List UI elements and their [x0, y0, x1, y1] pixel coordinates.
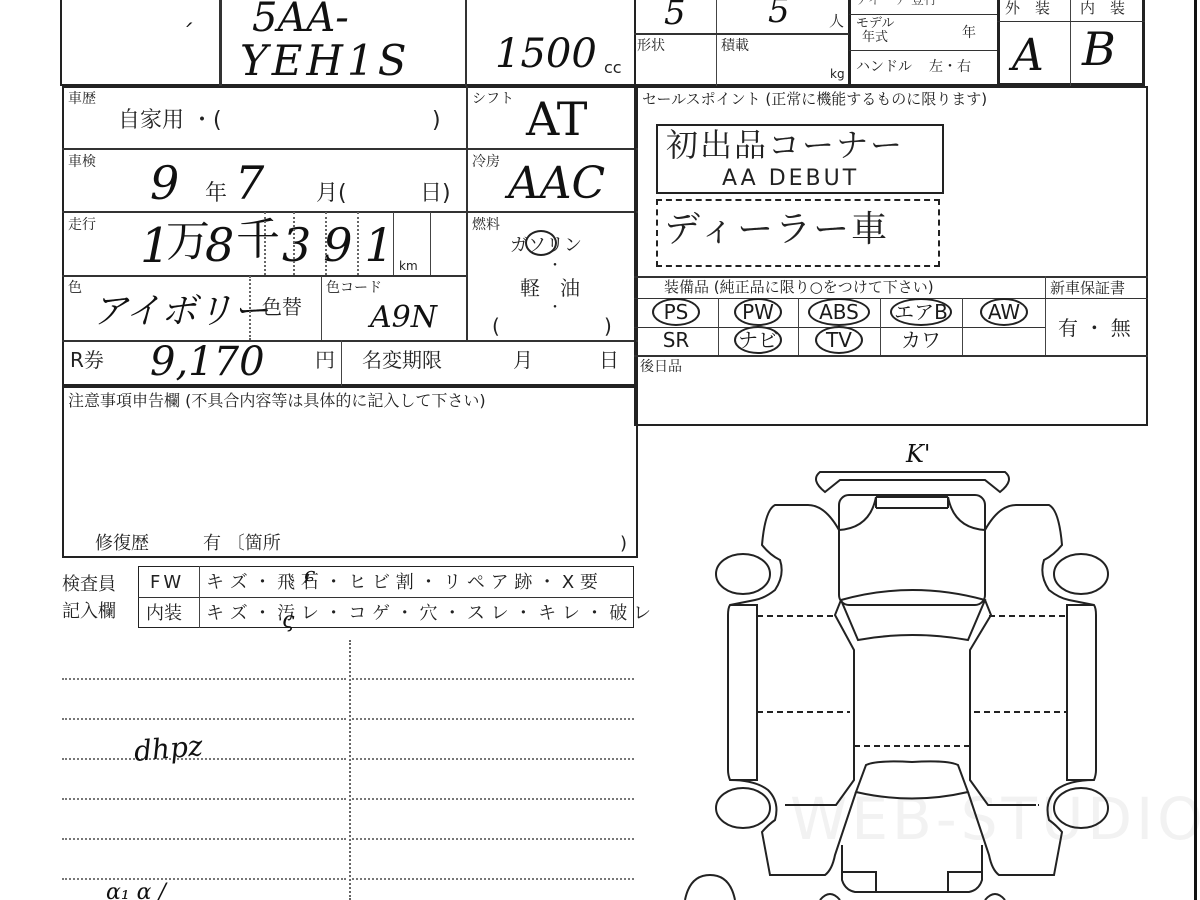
shaken-year-unit: 年 — [205, 183, 227, 205]
digit-divider — [430, 212, 431, 275]
divider — [466, 86, 468, 342]
model-code-line2: YEH1S — [240, 40, 411, 82]
ruled-line — [62, 878, 346, 880]
equipment-selected-circle — [815, 326, 863, 354]
equipment-selected-circle — [808, 298, 870, 326]
mileage-sen: 8 — [205, 222, 234, 268]
recycle-value: 9,170 — [150, 342, 265, 382]
repair-value: 有 〔箇所 — [203, 535, 281, 553]
fuel-other-open: ( — [492, 316, 500, 336]
sales-points-label: セールスポイント (正常に機能するものに限ります) — [642, 92, 987, 107]
dealer-stamp-text: ディーラー車 — [664, 212, 889, 248]
equipment-selected-circle — [734, 298, 782, 326]
shift-value: AT — [526, 96, 587, 142]
model-code-line1: 5AA- — [252, 0, 349, 38]
scribble-mark: ɕ — [304, 564, 315, 584]
name-change-month: 月 — [513, 350, 533, 370]
repair-label: 修復歴 — [95, 535, 149, 553]
exterior-grade: A — [1012, 34, 1044, 78]
divider — [62, 340, 638, 342]
shaken-day-unit: 日) — [420, 183, 451, 205]
digit-divider — [357, 212, 359, 275]
capacity-unit: 人 — [829, 14, 844, 29]
color-code-label: 色コード — [326, 281, 382, 295]
digit-divider — [293, 212, 295, 275]
debut-stamp-line1: 初出品コーナー — [666, 129, 904, 161]
column-divider — [349, 640, 351, 900]
divider — [341, 340, 342, 386]
mileage-label: 走行 — [68, 218, 96, 232]
divider — [219, 0, 222, 86]
debut-stamp-line2: AA DEBUT — [722, 168, 859, 190]
mileage-man-unit: 万 — [166, 220, 210, 264]
mileage-rest: 391 — [282, 222, 406, 268]
fuel-label: 燃料 — [472, 218, 500, 232]
fuel-option-diesel: 軽 油 — [520, 278, 580, 298]
ruled-line — [62, 838, 346, 840]
shaken-year: 9 — [150, 160, 179, 206]
divider — [716, 0, 717, 86]
aftermarket-label: 後日品 — [640, 360, 682, 374]
color-label: 色 — [68, 281, 82, 295]
divider — [321, 276, 322, 340]
interior-items: キ ズ ・ 汚 レ ・ コ ゲ ・ 穴 ・ ス レ ・ キ レ ・ 破 レ — [206, 605, 651, 623]
equipment-label: 装備品 (純正品に限り○をつけて下さい) — [664, 280, 934, 295]
warranty-label: 新車保証書 — [1050, 281, 1125, 296]
equipment-selected-circle — [890, 298, 952, 326]
scribble-mark: ς — [282, 610, 294, 632]
divider — [62, 211, 638, 213]
color-code-value: A9N — [370, 303, 437, 333]
handwritten-bottom: ɑ₁ ɑ / — [106, 882, 166, 900]
mileage-sen-unit: 千 — [236, 218, 280, 262]
ruled-line — [352, 718, 634, 720]
fuel-selected-circle — [525, 230, 557, 256]
divider — [962, 298, 963, 355]
model-year-label-2: 年式 — [862, 31, 888, 44]
shaken-month: 7 — [235, 160, 264, 206]
handle-label: ハンドル — [856, 60, 912, 74]
history-label: 車歴 — [68, 92, 96, 106]
model-year-unit: 年 — [962, 26, 976, 40]
lot-mark: ˊ — [180, 22, 192, 46]
handwritten-note: dhpz — [133, 732, 204, 766]
repair-close: ) — [620, 535, 627, 553]
inspector-label-2: 記入欄 — [62, 603, 116, 621]
ruled-line — [352, 758, 634, 760]
exterior-label: 外 装 — [1005, 1, 1050, 16]
name-change-day: 日 — [599, 350, 619, 370]
shaken-month-unit: 月( — [316, 183, 347, 205]
mileage-unit: km — [399, 260, 418, 272]
load-label: 積載 — [721, 39, 749, 53]
fuel-other-close: ) — [604, 316, 612, 336]
notes-label: 注意事項申告欄 (不具合内容等は具体的に記入して下さい) — [68, 393, 486, 409]
color-value: アイボリー — [92, 294, 269, 330]
fw-items: キ ズ ・ 飛 石 ・ ヒ ビ 割 ・ リ ペ ア 跡 ・ X 要 — [206, 574, 598, 592]
ruled-line — [62, 718, 346, 720]
doors-value: 5 — [664, 0, 686, 30]
ruled-line — [352, 838, 634, 840]
divider — [249, 276, 251, 340]
page-right-edge — [1194, 0, 1197, 900]
ruled-line — [62, 678, 346, 680]
shape-label: 形状 — [637, 39, 665, 53]
digit-divider — [325, 212, 327, 275]
fuel-dot: ・ — [548, 259, 562, 273]
divider — [62, 275, 466, 277]
divider — [199, 566, 200, 628]
interior-grade: B — [1082, 26, 1116, 72]
divider — [138, 597, 634, 598]
warranty-options: 有 ・ 無 — [1058, 318, 1131, 338]
ruled-line — [62, 798, 346, 800]
equipment-selected-circle — [980, 298, 1028, 326]
load-unit: kg — [830, 68, 845, 80]
car-body-diagram — [680, 430, 1180, 900]
equipment-item: カワ — [881, 330, 961, 350]
recycle-unit: 円 — [315, 350, 335, 370]
top-cut-label: アイ一ァ 登行 — [856, 0, 937, 7]
aircon-value: AAC — [508, 162, 605, 206]
repaint-label: 色替 — [262, 297, 302, 317]
divider — [62, 148, 638, 150]
history-value: 自家用 ・( — [118, 110, 222, 132]
equipment-item: SR — [636, 330, 716, 350]
divider — [997, 21, 1145, 22]
equipment-selected-circle — [734, 326, 782, 354]
ruled-line — [352, 678, 634, 680]
fw-key: FW — [150, 574, 184, 592]
ruled-line — [352, 798, 634, 800]
name-change-label: 名変期限 — [362, 350, 442, 370]
divider — [1045, 276, 1046, 356]
model-year-label-1: モデル — [856, 17, 894, 30]
history-close: ) — [432, 110, 441, 132]
fuel-dot: ・ — [548, 301, 562, 315]
inspector-label-1: 検査員 — [62, 576, 116, 594]
handle-options: 左・右 — [929, 60, 971, 74]
digit-divider — [264, 212, 266, 275]
displacement-value: 1500 — [495, 34, 597, 74]
divider — [634, 33, 850, 35]
divider — [849, 50, 999, 51]
divider — [634, 298, 1148, 299]
divider — [1070, 0, 1071, 86]
digit-divider — [393, 212, 394, 275]
shift-label: シフト — [472, 92, 514, 106]
shaken-label: 車検 — [68, 155, 96, 169]
divider — [634, 355, 1148, 357]
displacement-unit: cc — [604, 60, 622, 76]
recycle-label: R券 — [70, 350, 104, 370]
interior-label: 内 装 — [1080, 1, 1125, 16]
divider — [849, 14, 999, 15]
divider — [465, 0, 467, 86]
ruled-line — [352, 878, 634, 880]
capacity-value: 5 — [768, 0, 790, 28]
interior-key: 内装 — [146, 605, 182, 623]
equipment-selected-circle — [652, 298, 700, 326]
aircon-label: 冷房 — [472, 155, 500, 169]
